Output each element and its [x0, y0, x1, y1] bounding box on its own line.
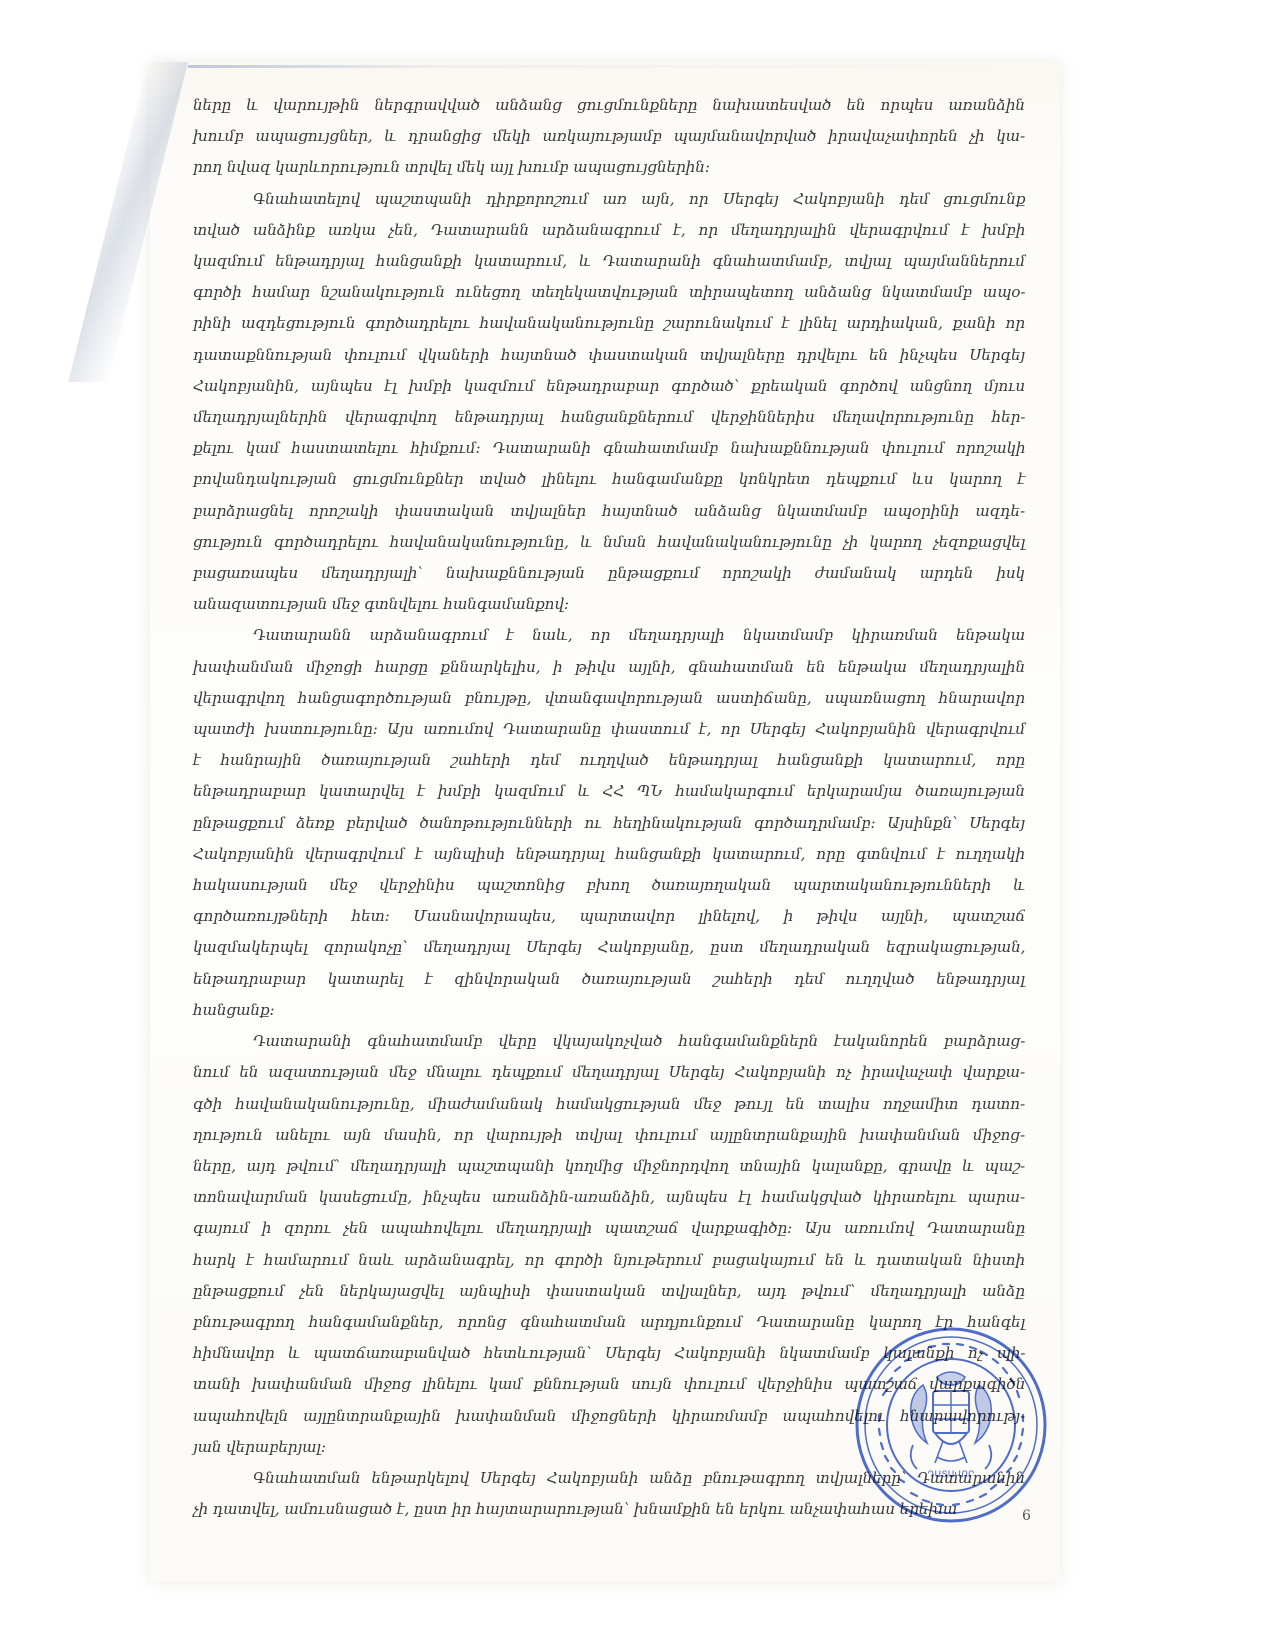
text-line: ները, այդ թվում՝ մեղադրյալի պաշտպանի կող… — [193, 1151, 1025, 1182]
paragraph: Դատարանն արձանագրում է նաև, որ մեղադրյալ… — [193, 620, 1025, 1026]
text-line: նում են ազատության մեջ մնալու դեպքում մե… — [193, 1057, 1025, 1088]
text-line: հակասության մեջ վերջինիս պաշտոնից բխող ծ… — [193, 870, 1025, 901]
text-line: գործառույթների հետ: Մասնավորապես, պարտավ… — [193, 901, 1025, 932]
text-line: վերագրվող հանցագործության բնույթը, վտանգ… — [193, 683, 1025, 714]
text-line: քելու կամ հաստատելու հիմքում: Դատարանի գ… — [193, 433, 1025, 464]
text-line: բարձրացնել որոշակի փաստական տվյալներ հայ… — [193, 496, 1025, 527]
text-line: գծի հավանականությունը, միաժամանակ համակց… — [193, 1089, 1025, 1120]
text-line: տանի խափանման միջոց լինելու կամ քննությա… — [193, 1369, 1025, 1400]
text-line: հանցանք: — [193, 995, 1025, 1026]
text-line: Հակոբյանին, այնպես էլ խմբի կազմում ենթադ… — [193, 371, 1025, 402]
text-line: ցություն գործադրելու հավանականությունը, … — [193, 527, 1025, 558]
text-line: Գնահատելով պաշտպանի դիրքորոշում առ այն, … — [193, 184, 1025, 215]
text-line: խումբ ապացույցներ, և դրանցից մեկի առկայո… — [193, 121, 1025, 152]
text-line: Հակոբյանին վերագրվում է այնպիսի ենթադրյա… — [193, 839, 1025, 870]
text-line: ապահովելն այլընտրանքային խափանման միջոցն… — [193, 1401, 1025, 1432]
text-line: դատաքննության փուլում վկաների հայտնած փա… — [193, 340, 1025, 371]
paragraph: Գնահատելով պաշտպանի դիրքորոշում առ այն, … — [193, 184, 1025, 621]
text-line: է հանրային ծառայության շահերի դեմ ուղղվա… — [193, 745, 1025, 776]
text-line: մեղադրյալներին վերագրվող ենթադրյալ հանցա… — [193, 402, 1025, 433]
text-line: կազմում ենթադրյալ հանցանքի կատարում, և Դ… — [193, 246, 1025, 277]
text-line: կազմակերպել զորակոչը՝ մեղադրյալ Սերգեյ Հ… — [193, 932, 1025, 963]
text-line: տված անձինք առկա չեն, Դատարանն արձանագրո… — [193, 215, 1025, 246]
text-line: բացառապես մեղադրյալի՝ նախաքննության ընթա… — [193, 558, 1025, 589]
paragraph: Գնահատման ենթարկելով Սերգեյ Հակոբյանի ան… — [193, 1463, 1025, 1525]
text-line: չի դատվել, ամուսնացած է, ըստ իր հայտարար… — [193, 1494, 1025, 1525]
text-line: Դատարանի գնահատմամբ վերը վկայակոչված հան… — [193, 1026, 1025, 1057]
document-body: ները և վարույթին ներգրավված անձանց ցուցմ… — [193, 90, 1025, 1525]
text-line: պատժի խստությունը: Այս առումով Դատարանը … — [193, 714, 1025, 745]
text-line: գայում ի զորու չեն ապահովելու մեղադրյալի… — [193, 1213, 1025, 1244]
text-line: տոնավարման կասեցումը, ինչպես առանձին-առա… — [193, 1182, 1025, 1213]
text-line: հարկ է համարում նաև արձանագրել, որ գործի… — [193, 1245, 1025, 1276]
page-number: 6 — [1022, 1508, 1031, 1524]
text-line: Գնահատման ենթարկելով Սերգեյ Հակոբյանի ան… — [193, 1463, 1025, 1494]
text-line: անազատության մեջ գտնվելու հանգամանքով: — [193, 589, 1025, 620]
text-line: խափանման միջոցի հարցը քննարկելիս, ի թիվս… — [193, 652, 1025, 683]
text-line: րող նվազ կարևորություն տրվել մեկ այլ խու… — [193, 152, 1025, 183]
paragraph: Դատարանի գնահատմամբ վերը վկայակոչված հան… — [193, 1026, 1025, 1463]
text-line: ենթադրաբար կատարվել է խմբի կազմում և ՀՀ … — [193, 776, 1025, 807]
text-line: ղություն անելու այն մասին, որ վարույթի տ… — [193, 1120, 1025, 1151]
text-line: րինի ազդեցություն գործադրելու հավանականո… — [193, 308, 1025, 339]
page-top-edge — [188, 65, 1048, 68]
text-line: ենթադրաբար կատարել է զինվորական ծառայութ… — [193, 964, 1025, 995]
text-line: յան վերաբերյալ: — [193, 1432, 1025, 1463]
text-line: ները և վարույթին ներգրավված անձանց ցուցմ… — [193, 90, 1025, 121]
text-line: ընթացքում ձեռք բերված ծանոթությունների ո… — [193, 808, 1025, 839]
text-line: ընթացքում չեն ներկայացվել այնպիսի փաստակ… — [193, 1276, 1025, 1307]
paragraph: ները և վարույթին ներգրավված անձանց ցուցմ… — [193, 90, 1025, 184]
text-line: հիմնավոր և պատճառաբանված հետևության՝ Սեր… — [193, 1338, 1025, 1369]
text-line: բովանդակության ցուցմունքներ տված լինելու… — [193, 464, 1025, 495]
text-line: Դատարանն արձանագրում է նաև, որ մեղադրյալ… — [193, 620, 1025, 651]
text-line: բնութագրող հանգամանքներ, որոնց գնահատման… — [193, 1307, 1025, 1338]
text-line: գործի համար նշանակություն ունեցող տեղեկա… — [193, 277, 1025, 308]
